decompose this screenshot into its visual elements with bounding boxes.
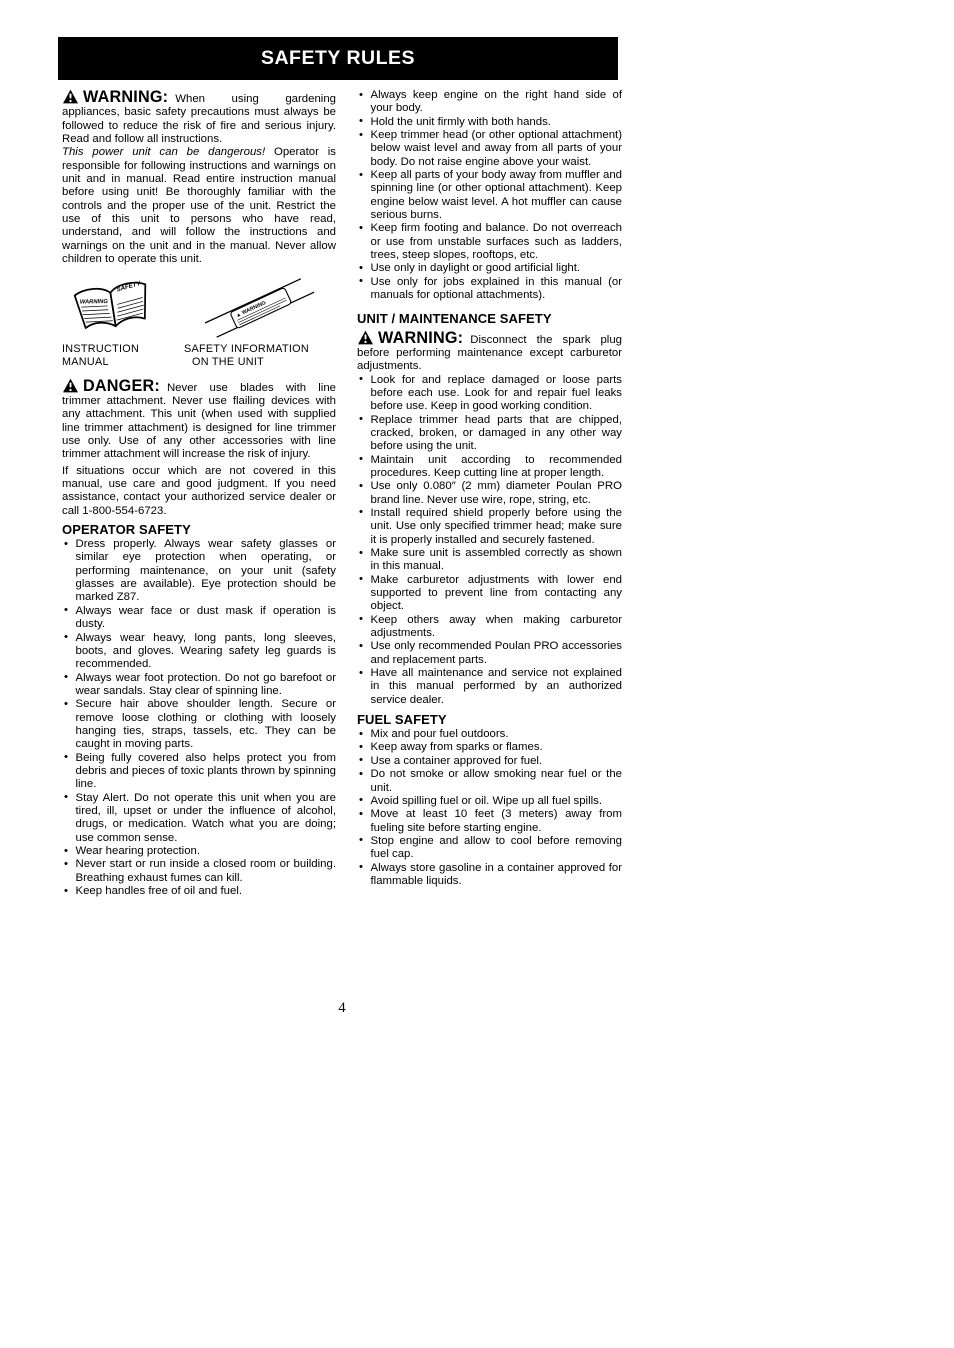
book-left-page-label: WARNING	[80, 299, 109, 305]
bullet-item: Always wear face or dust mask if operati…	[62, 605, 336, 632]
bullet-item: Move at least 10 feet (3 meters) away fr…	[357, 808, 622, 835]
figure-caption: SAFETY INFORMATION ON THE UNIT	[184, 343, 336, 368]
fuel-safety-list: Mix and pour fuel outdoors. Keep away fr…	[357, 728, 622, 888]
two-column-text: WARNING:When using gardening appliances,…	[62, 89, 622, 898]
bullet-item: Being fully covered also helps protect y…	[62, 752, 336, 792]
figure-unit-safety-label: ▲ WARNING SAFETY INFORMATION ON THE UNIT	[184, 273, 336, 368]
bullet-item: Always wear heavy, long pants, long slee…	[62, 632, 336, 672]
bullet-item: Maintain unit according to recommended p…	[357, 454, 622, 481]
bullet-item: Use only for jobs explained in this manu…	[357, 276, 622, 303]
instruction-manual-icon: WARNING SAFETY	[66, 280, 160, 338]
handling-safety-list: Always keep engine on the right hand sid…	[357, 89, 622, 303]
warning-triangle-icon	[62, 89, 83, 106]
bullet-item: Keep others away when making carburetor …	[357, 614, 622, 641]
intro-italic-lead: This power unit can be dangerous!	[62, 146, 265, 158]
bullet-item: Make carburetor adjustments with lower e…	[357, 574, 622, 614]
bullet-item: Keep trimmer head (or other optional att…	[357, 129, 622, 169]
bullet-item: Stop engine and allow to cool before rem…	[357, 835, 622, 862]
intro-paragraph: This power unit can be dangerous! Operat…	[62, 146, 336, 266]
bullet-item: Hold the unit firmly with both hands.	[357, 116, 622, 129]
danger-statement: DANGER:Never use blades with line trimme…	[62, 378, 336, 462]
unit-maintenance-list: Look for and replace damaged or loose pa…	[357, 374, 622, 708]
bullet-item: Make sure unit is assembled correctly as…	[357, 547, 622, 574]
safety-figures: WARNING SAFETY INSTRUCTION MANUAL	[62, 273, 336, 368]
maintenance-warning-statement: WARNING:Disconnect the spark plug before…	[357, 330, 622, 374]
operator-safety-list: Dress properly. Always wear safety glass…	[62, 538, 336, 898]
bullet-item: Install required shield properly before …	[357, 507, 622, 547]
bullet-item: Look for and replace damaged or loose pa…	[357, 374, 622, 414]
bullet-item: Never start or run inside a closed room …	[62, 858, 336, 885]
bullet-item: Keep firm footing and balance. Do not ov…	[357, 222, 622, 262]
heading-operator-safety: OPERATOR SAFETY	[62, 522, 336, 537]
warning-triangle-icon	[62, 378, 83, 395]
warning-statement: WARNING:When using gardening appliances,…	[62, 89, 336, 146]
bullet-item: Keep handles free of oil and fuel.	[62, 885, 336, 898]
heading-unit-maintenance-safety: UNIT / MAINTENANCE SAFETY	[357, 311, 622, 326]
bullet-item: Mix and pour fuel outdoors.	[357, 728, 622, 741]
bullet-item: Use only in daylight or good artificial …	[357, 262, 622, 275]
caption-line: ON THE UNIT	[184, 356, 336, 369]
warning-label: WARNING:	[83, 88, 168, 106]
bullet-item: Use only 0.080″ (2 mm) diameter Poulan P…	[357, 480, 622, 507]
bullet-item: Always wear foot protection. Do not go b…	[62, 672, 336, 699]
bullet-item: Wear hearing protection.	[62, 845, 336, 858]
unit-safety-label-icon: ▲ WARNING	[202, 273, 318, 338]
bullet-item: Always keep engine on the right hand sid…	[357, 89, 622, 116]
page-number: 4	[62, 1000, 622, 1017]
situations-paragraph: If situations occur which are not covere…	[62, 465, 336, 518]
bullet-item: Dress properly. Always wear safety glass…	[62, 538, 336, 605]
caption-line: INSTRUCTION	[62, 343, 184, 356]
page-title: SAFETY RULES	[261, 47, 415, 70]
bullet-item: Replace trimmer head parts that are chip…	[357, 414, 622, 454]
bullet-item: Do not smoke or allow smoking near fuel …	[357, 768, 622, 795]
intro-text: Operator is responsible for following in…	[62, 146, 336, 265]
right-column: Always keep engine on the right hand sid…	[357, 89, 622, 898]
bullet-item: Keep all parts of your body away from mu…	[357, 169, 622, 222]
left-column: WARNING:When using gardening appliances,…	[62, 89, 336, 898]
manual-page: SAFETY RULES WARNING:When using gardenin…	[0, 0, 954, 1348]
bullet-item: Keep away from sparks or flames.	[357, 741, 622, 754]
caption-line: SAFETY INFORMATION	[184, 343, 336, 356]
bullet-item: Use only recommended Poulan PRO accessor…	[357, 640, 622, 667]
figure-instruction-manual: WARNING SAFETY INSTRUCTION MANUAL	[62, 280, 184, 368]
bullet-item: Stay Alert. Do not operate this unit whe…	[62, 792, 336, 845]
bullet-item: Avoid spilling fuel or oil. Wipe up all …	[357, 795, 622, 808]
section-title-bar: SAFETY RULES	[58, 37, 618, 80]
bullet-item: Have all maintenance and service not exp…	[357, 667, 622, 707]
bullet-item: Use a container approved for fuel.	[357, 755, 622, 768]
warning-triangle-icon	[357, 330, 378, 347]
bullet-item: Always store gasoline in a container app…	[357, 862, 622, 889]
figure-caption: INSTRUCTION MANUAL	[62, 343, 184, 368]
warning-label: WARNING:	[378, 329, 463, 347]
heading-fuel-safety: FUEL SAFETY	[357, 712, 622, 727]
danger-label: DANGER:	[83, 377, 160, 395]
caption-line: MANUAL	[62, 356, 184, 369]
bullet-item: Secure hair above shoulder length. Secur…	[62, 698, 336, 751]
